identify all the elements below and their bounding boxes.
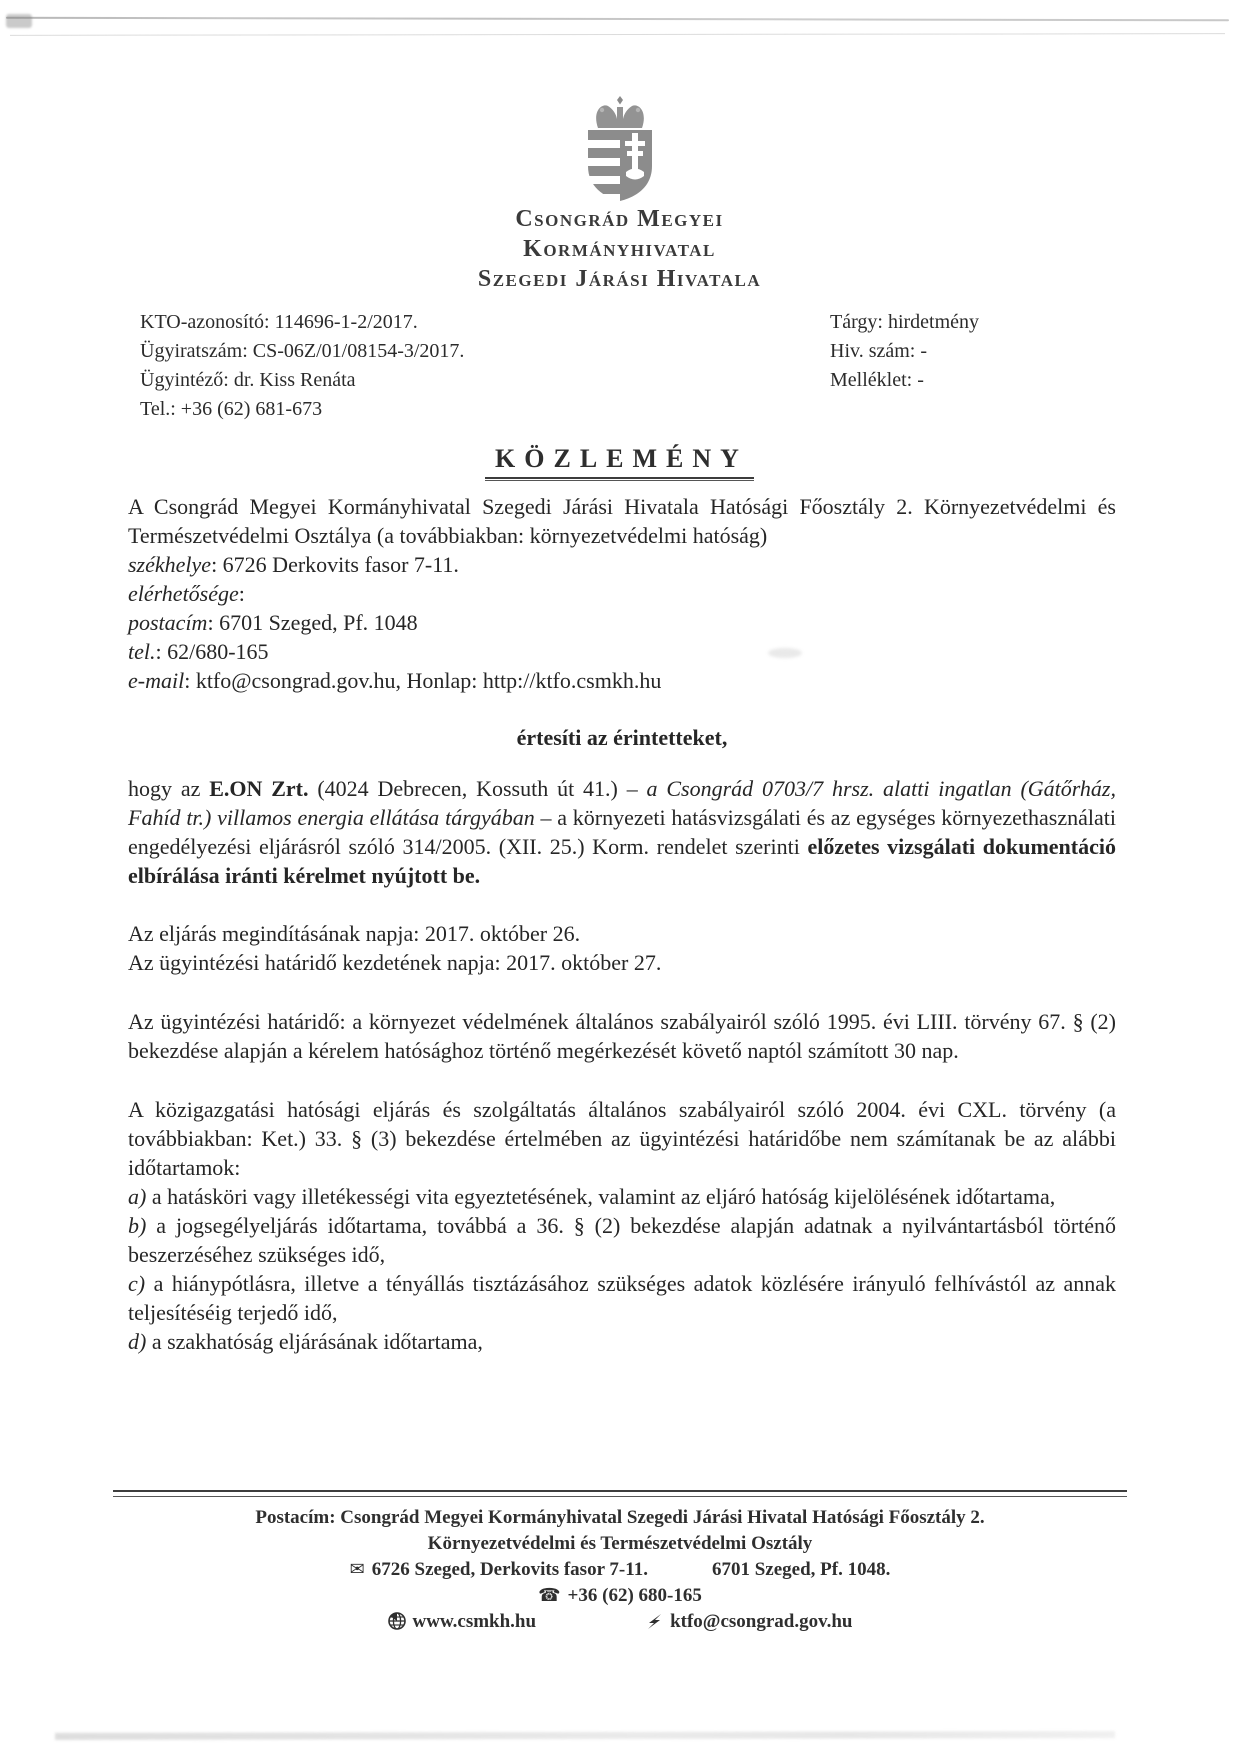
text-segment: b) (128, 1213, 146, 1238)
text-segment: a jogsegélyeljárás időtartama, továbbá a… (128, 1213, 1116, 1267)
envelope-icon: ✉ (350, 1559, 365, 1580)
text-segment: székhelye (128, 552, 211, 577)
case-officer-line: Ügyintéző: dr. Kiss Renáta (140, 366, 464, 395)
footer-email: ktfo@csongrad.gov.hu (646, 1609, 852, 1635)
ket-item-c: c) a hiánypótlásra, illetve a tényállás … (128, 1269, 1116, 1327)
ket-item-a: a) a hatásköri vagy illetékességi vita e… (128, 1182, 1116, 1211)
attachment-line: Melléklet: - (830, 366, 979, 395)
procedure-dates: Az eljárás megindításának napja: 2017. o… (128, 919, 1116, 977)
text-segment: d) (128, 1329, 146, 1354)
subject-line: Tárgy: hirdetmény (830, 308, 979, 337)
text-segment: elérhetősége (128, 581, 239, 606)
text-segment: : 62/680-165 (156, 639, 269, 664)
document-title: KÖZLEMÉNY (485, 444, 754, 479)
footer-email-text: ktfo@csongrad.gov.hu (670, 1611, 852, 1632)
paragraph-application: hogy az E.ON Zrt. (4024 Debrecen, Kossut… (128, 774, 1116, 890)
case-metadata-left: KTO-azonosító: 114696-1-2/2017. Ügyirats… (140, 308, 464, 424)
footer-double-rule (113, 1490, 1127, 1497)
org-name-line: Csongrád Megyei (0, 207, 1239, 232)
kto-id-line: KTO-azonosító: 114696-1-2/2017. (140, 308, 464, 337)
start-date-line: Az eljárás megindításának napja: 2017. o… (128, 919, 1116, 948)
phone-line: Tel.: +36 (62) 681-673 (140, 395, 464, 424)
text-segment: a szakhatóság eljárásának időtartama, (146, 1329, 483, 1354)
text-segment: c) (128, 1271, 145, 1296)
deadline-start-line: Az ügyintézési határidő kezdetének napja… (128, 948, 1116, 977)
ket-item-b: b) a jogsegélyeljárás időtartama, tovább… (128, 1211, 1116, 1269)
telephone-icon: ☎ (538, 1585, 560, 1606)
address-line: elérhetősége: (128, 579, 1116, 608)
scan-artifact-line (55, 1731, 1115, 1740)
address-line: e-mail: ktfo@csongrad.gov.hu, Honlap: ht… (128, 666, 1116, 695)
scanned-document-page: Csongrád Megyei Kormányhivatal Szegedi J… (0, 0, 1239, 1752)
address-line: székhelye: 6726 Derkovits fasor 7-11. (128, 550, 1116, 579)
text-segment: postacím (128, 610, 207, 635)
ket-intro: A közigazgatási hatósági eljárás és szol… (128, 1095, 1116, 1182)
text-segment: A Csongrád Megyei Kormányhivatal Szegedi… (128, 494, 1116, 548)
scan-artifact-line (6, 17, 1229, 22)
document-body: A Csongrád Megyei Kormányhivatal Szegedi… (128, 492, 1116, 1356)
document-footer: Postacím: Csongrád Megyei Kormányhivatal… (113, 1490, 1127, 1635)
footer-department-line: Környezetvédelmi és Természetvédelmi Osz… (113, 1531, 1127, 1557)
lightning-send-icon (646, 1613, 663, 1630)
street-address-text: 6726 Szeged, Derkovits fasor 7-11. (372, 1559, 648, 1580)
text-segment: E.ON Zrt. (209, 776, 308, 801)
text-segment: a hatásköri vagy illetékességi vita egye… (146, 1184, 1055, 1209)
footer-phone-text: +36 (62) 680-165 (568, 1585, 702, 1606)
paragraph-ket-rules: A közigazgatási hatósági eljárás és szol… (128, 1095, 1116, 1356)
org-name-line: Kormányhivatal (0, 237, 1239, 262)
address-line: tel.: 62/680-165 (128, 637, 1116, 666)
footer-web-row: www.csmkh.hu ktfo@csongrad.gov.hu (113, 1609, 1127, 1635)
text-segment: : 6726 Derkovits fasor 7-11. (211, 552, 459, 577)
footer-street-address: ✉6726 Szeged, Derkovits fasor 7-11. (350, 1557, 648, 1583)
title-wrap: KÖZLEMÉNY (0, 444, 1239, 479)
scan-artifact-line (10, 33, 1225, 36)
notify-statement: értesíti az érintetteket, (128, 723, 1116, 752)
hungarian-coat-of-arms-icon (572, 96, 668, 202)
text-segment: : ktfo@csongrad.gov.hu, Honlap: http://k… (184, 668, 661, 693)
text-segment: a hiánypótlásra, illetve a tényállás tis… (128, 1271, 1116, 1325)
footer-po-box: 6701 Szeged, Pf. 1048. (712, 1557, 890, 1583)
address-line: postacím: 6701 Szeged, Pf. 1048 (128, 608, 1116, 637)
footer-website-text: www.csmkh.hu (413, 1611, 537, 1632)
text-segment: e-mail (128, 668, 184, 693)
case-number-line: Ügyiratszám: CS-06Z/01/08154-3/2017. (140, 337, 464, 366)
globe-icon (388, 1612, 406, 1630)
ket-item-d: d) a szakhatóság eljárásának időtartama, (128, 1327, 1116, 1356)
text-segment: (4024 Debrecen, Kossuth út 41.) – (309, 776, 647, 801)
case-metadata-right: Tárgy: hirdetmény Hiv. szám: - Melléklet… (830, 308, 979, 395)
text-segment: a) (128, 1184, 146, 1209)
org-name-line: Szegedi Járási Hivatala (0, 267, 1239, 292)
paragraph-authority: A Csongrád Megyei Kormányhivatal Szegedi… (128, 492, 1116, 550)
text-segment: : (239, 581, 245, 606)
text-segment: : 6701 Szeged, Pf. 1048 (207, 610, 417, 635)
footer-phone-row: ☎+36 (62) 680-165 (113, 1583, 1127, 1609)
footer-postal-line: Postacím: Csongrád Megyei Kormányhivatal… (113, 1505, 1127, 1531)
document-header: Csongrád Megyei Kormányhivatal Szegedi J… (0, 96, 1239, 292)
paragraph-deadline: Az ügyintézési határidő: a környezet véd… (128, 1007, 1116, 1065)
text-segment: hogy az (128, 776, 209, 801)
ref-number-line: Hiv. szám: - (830, 337, 979, 366)
footer-website: www.csmkh.hu (388, 1609, 537, 1635)
text-segment: tel. (128, 639, 156, 664)
footer-address-row: ✉6726 Szeged, Derkovits fasor 7-11. 6701… (113, 1557, 1127, 1583)
